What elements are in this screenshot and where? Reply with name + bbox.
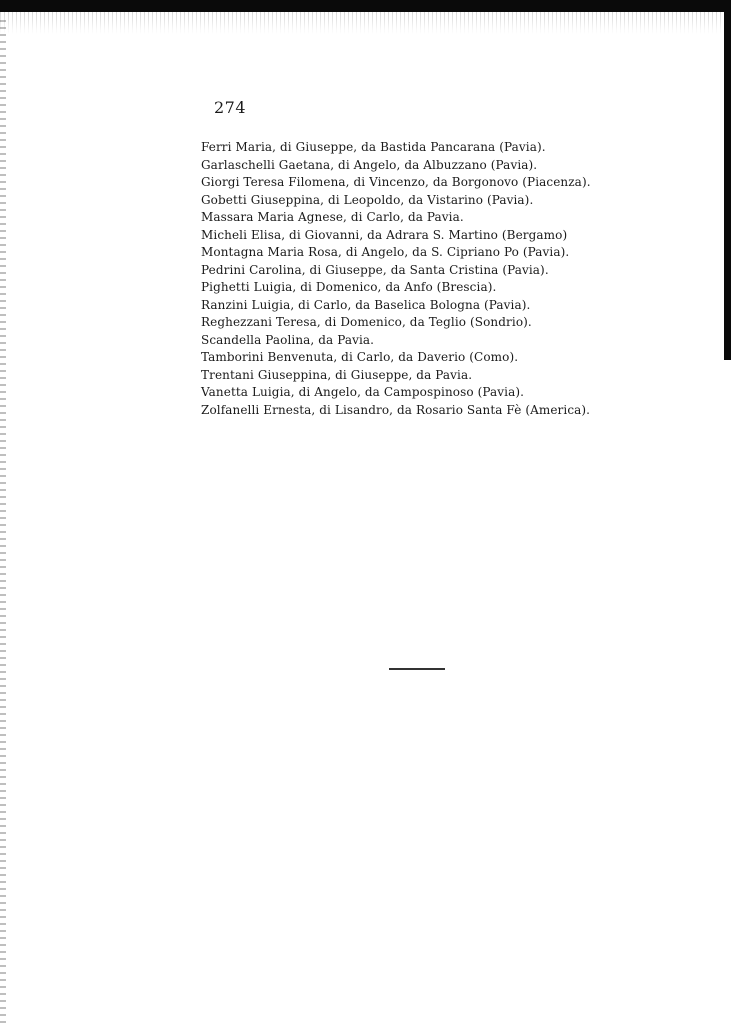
scan-left-edge [0,20,6,1024]
list-item: Ranzini Luigia, di Carlo, da Baselica Bo… [201,297,591,315]
list-item: Trentani Giuseppina, di Giuseppe, da Pav… [201,367,591,385]
list-item: Massara Maria Agnese, di Carlo, da Pavia… [201,209,591,227]
list-item: Vanetta Luigia, di Angelo, da Campospino… [201,384,591,402]
name-list: Ferri Maria, di Giuseppe, da Bastida Pan… [201,139,591,419]
list-item: Ferri Maria, di Giuseppe, da Bastida Pan… [201,139,591,157]
list-item: Pighetti Luigia, di Domenico, da Anfo (B… [201,279,591,297]
list-item: Micheli Elisa, di Giovanni, da Adrara S.… [201,227,591,245]
list-item: Tamborini Benvenuta, di Carlo, da Daveri… [201,349,591,367]
list-item: Zolfanelli Ernesta, di Lisandro, da Rosa… [201,402,591,420]
list-item: Montagna Maria Rosa, di Angelo, da S. Ci… [201,244,591,262]
list-item: Scandella Paolina, da Pavia. [201,332,591,350]
list-item: Reghezzani Teresa, di Domenico, da Tegli… [201,314,591,332]
list-item: Pedrini Carolina, di Giuseppe, da Santa … [201,262,591,280]
list-item: Giorgi Teresa Filomena, di Vincenzo, da … [201,174,591,192]
scan-top-noise [0,12,731,34]
section-divider-rule [389,668,445,670]
scan-right-border [724,0,731,360]
list-item: Garlaschelli Gaetana, di Angelo, da Albu… [201,157,591,175]
scan-top-border [0,0,731,12]
list-item: Gobetti Giuseppina, di Leopoldo, da Vist… [201,192,591,210]
page-number: 274 [214,98,246,117]
